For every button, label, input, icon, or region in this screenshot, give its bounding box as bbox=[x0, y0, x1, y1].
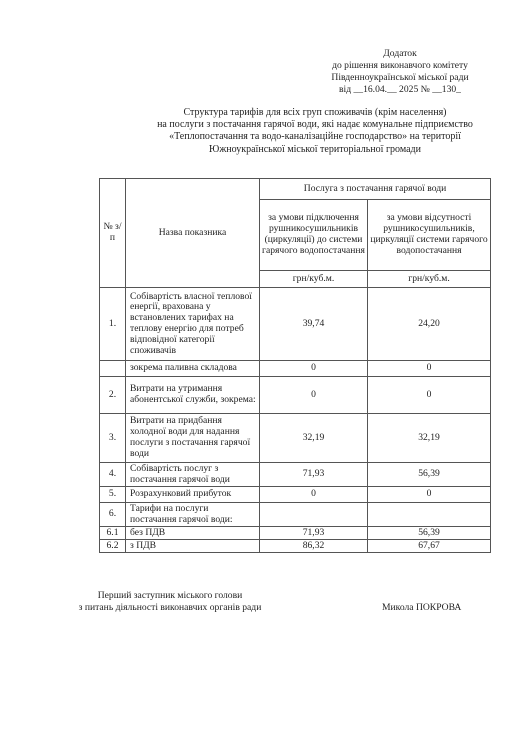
annex-header: Додаток до рішення виконавчого комітету … bbox=[300, 48, 500, 96]
table-row: 2.Витрати на утримання абонентської служ… bbox=[100, 377, 491, 414]
row-name: Тарифи на послуги постачання гарячої вод… bbox=[126, 503, 260, 527]
row-name: Собівартість послуг з постачання гарячої… bbox=[126, 463, 260, 487]
signatory-name: Микола ПОКРОВА bbox=[382, 602, 461, 614]
row-value-1: 71,93 bbox=[260, 527, 368, 540]
row-value-2: 56,39 bbox=[368, 463, 491, 487]
row-value-2: 32,19 bbox=[368, 414, 491, 463]
table-row: 6.1без ПДВ71,9356,39 bbox=[100, 527, 491, 540]
row-value-1: 0 bbox=[260, 487, 368, 503]
header-col-without-circulation: за умови відсутності рушникосушильників,… bbox=[368, 200, 491, 271]
row-number: 3. bbox=[100, 414, 126, 463]
row-name: Розрахунковий прибуток bbox=[126, 487, 260, 503]
table-row: 1.Собівартість власної теплової енергії,… bbox=[100, 288, 491, 361]
row-value-1: 86,32 bbox=[260, 540, 368, 553]
table-row: 6.2з ПДВ86,3267,67 bbox=[100, 540, 491, 553]
header-service: Послуга з постачання гарячої води bbox=[260, 179, 491, 200]
header-name: Назва показника bbox=[126, 179, 260, 288]
table-row: 4.Собівартість послуг з постачання гаряч… bbox=[100, 463, 491, 487]
row-number: 5. bbox=[100, 487, 126, 503]
signatory-position: Перший заступник міського голови з питан… bbox=[50, 590, 290, 614]
row-value-2: 0 bbox=[368, 487, 491, 503]
header-num: № з/п bbox=[100, 179, 126, 288]
row-number: 2. bbox=[100, 377, 126, 414]
position-line: Перший заступник міського голови bbox=[50, 590, 290, 602]
row-name: Собівартість власної теплової енергії, в… bbox=[126, 288, 260, 361]
table-row: 3.Витрати на придбання холодної води для… bbox=[100, 414, 491, 463]
row-number: 1. bbox=[100, 288, 126, 361]
row-value-1: 39,74 bbox=[260, 288, 368, 361]
annex-decision: до рішення виконавчого комітету bbox=[300, 60, 500, 72]
table-row: зокрема паливна складова00 bbox=[100, 361, 491, 377]
row-value-1: 0 bbox=[260, 377, 368, 414]
row-value-2: 67,67 bbox=[368, 540, 491, 553]
annex-council: Південноукраїнської міської ради bbox=[300, 72, 500, 84]
row-name: зокрема паливна складова bbox=[126, 361, 260, 377]
annex-date-number: від __16.04.__ 2025 № __130_ bbox=[300, 84, 500, 96]
position-line: з питань діяльності виконавчих органів р… bbox=[50, 602, 290, 614]
row-value-1: 32,19 bbox=[260, 414, 368, 463]
row-name: з ПДВ bbox=[126, 540, 260, 553]
row-number: 6.1 bbox=[100, 527, 126, 540]
table-row: 5.Розрахунковий прибуток00 bbox=[100, 487, 491, 503]
row-name: без ПДВ bbox=[126, 527, 260, 540]
row-number: 4. bbox=[100, 463, 126, 487]
title-line: на послуги з постачання гарячої води, як… bbox=[110, 119, 516, 131]
row-value-1: 71,93 bbox=[260, 463, 368, 487]
row-name: Витрати на придбання холодної води для н… bbox=[126, 414, 260, 463]
table-row: 6.Тарифи на послуги постачання гарячої в… bbox=[100, 503, 491, 527]
row-value-2: 24,20 bbox=[368, 288, 491, 361]
title-line: «Теплопостачання та водо-каналізаційне г… bbox=[110, 131, 516, 143]
row-number: 6.2 bbox=[100, 540, 126, 553]
header-unit-2: грн/куб.м. bbox=[368, 271, 491, 288]
header-unit-1: грн/куб.м. bbox=[260, 271, 368, 288]
header-col-with-circulation: за умови підключення рушникосушильників … bbox=[260, 200, 368, 271]
row-value-2: 0 bbox=[368, 377, 491, 414]
row-number: 6. bbox=[100, 503, 126, 527]
row-value-1: 0 bbox=[260, 361, 368, 377]
row-value-1 bbox=[260, 503, 368, 527]
row-value-2: 0 bbox=[368, 361, 491, 377]
row-name: Витрати на утримання абонентської служби… bbox=[126, 377, 260, 414]
annex-title: Додаток bbox=[300, 48, 500, 60]
tariff-structure-table: № з/п Назва показника Послуга з постачан… bbox=[99, 178, 491, 553]
row-number bbox=[100, 361, 126, 377]
row-value-2 bbox=[368, 503, 491, 527]
title-line: Южноукраїнської міської територіальної г… bbox=[110, 144, 516, 156]
document-title: Структура тарифів для всіх груп споживач… bbox=[110, 107, 516, 156]
row-value-2: 56,39 bbox=[368, 527, 491, 540]
title-line: Структура тарифів для всіх груп споживач… bbox=[110, 107, 516, 119]
